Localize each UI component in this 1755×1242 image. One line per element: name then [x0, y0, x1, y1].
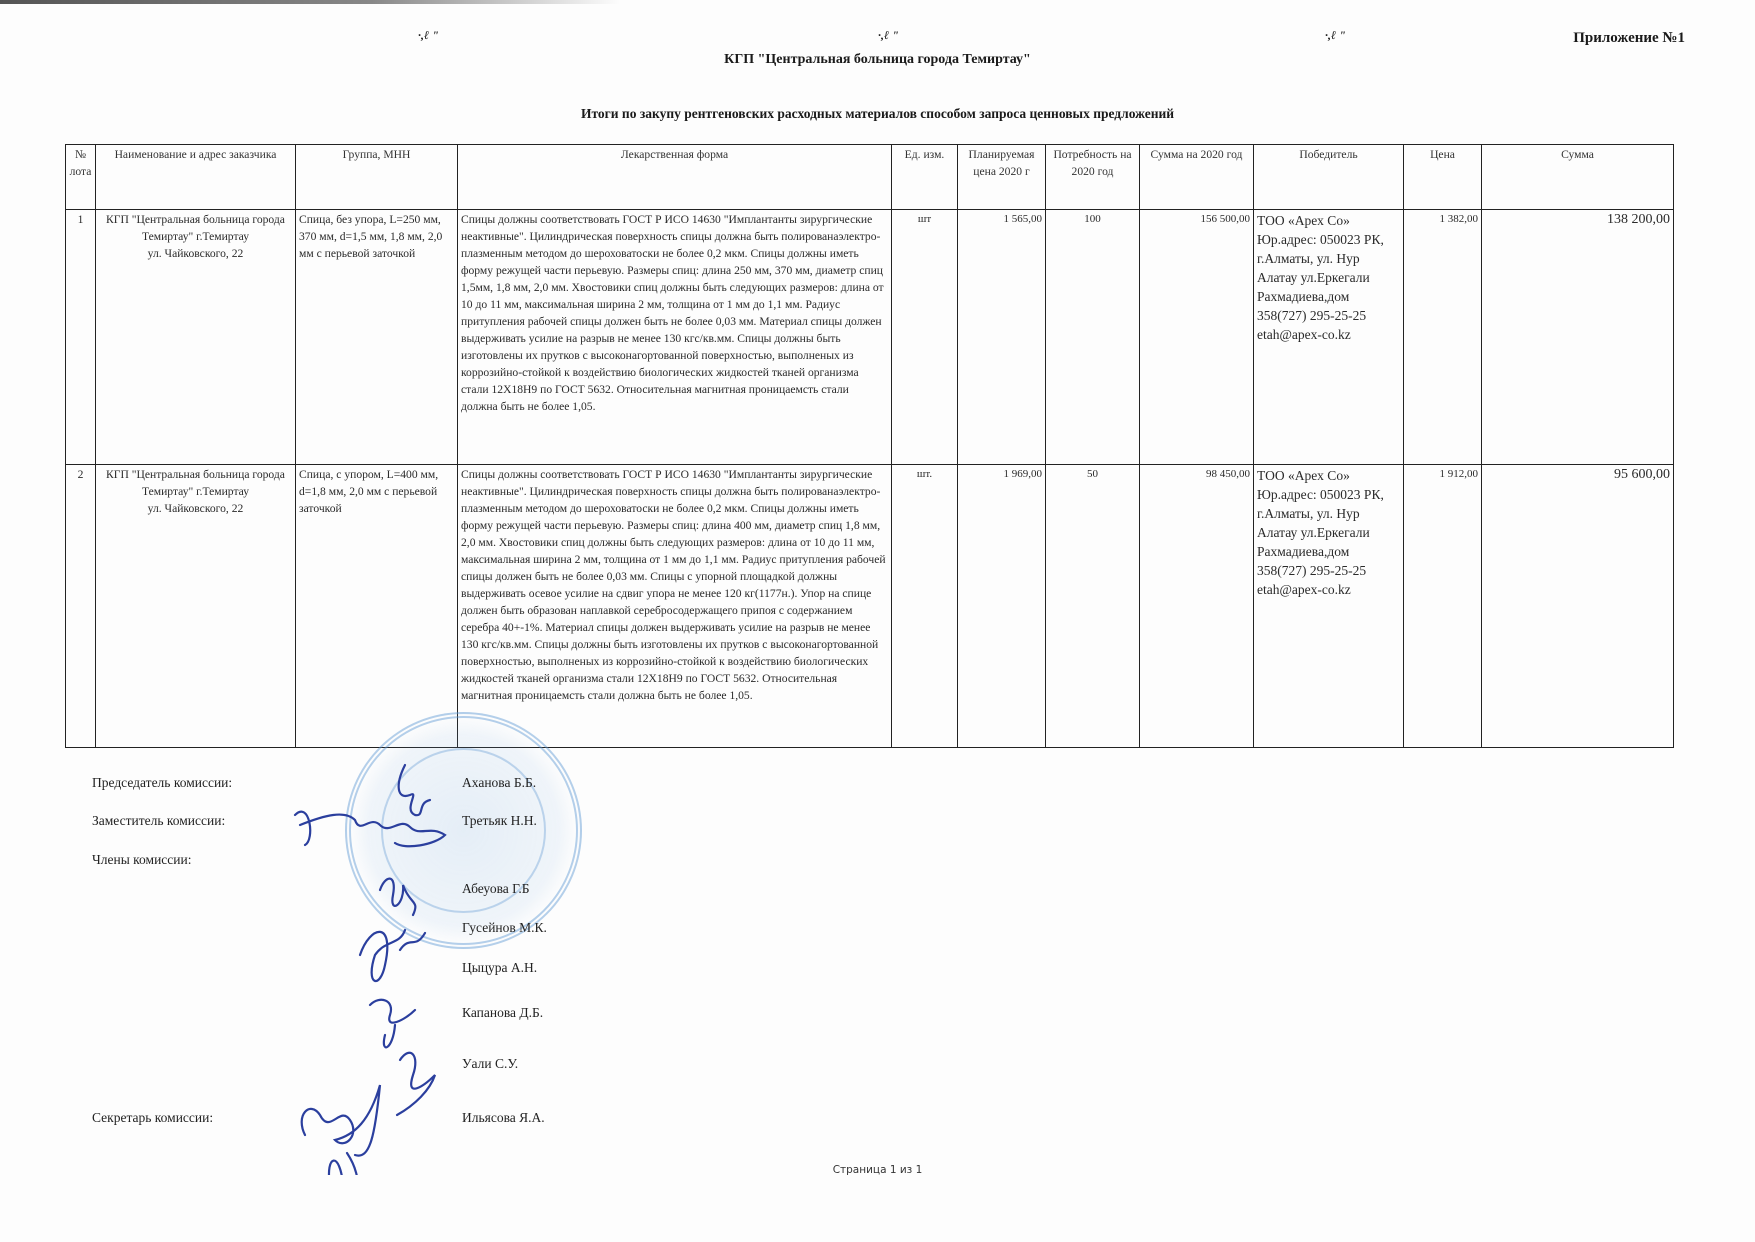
winner-phone: 358(727) 295-25-25	[1257, 561, 1400, 580]
table-row: 1 КГП "Центральная больница города Темир…	[66, 210, 1674, 465]
winner-cell: ТОО «Apex Co» Юр.адрес: 050023 РК, г.Алм…	[1254, 210, 1404, 465]
col-header-unit: Ед. изм.	[892, 145, 958, 210]
document-title: Итоги по закупу рентгеновских расходных …	[0, 106, 1755, 122]
group-cell: Спица, с упором, L=400 мм, d=1,8 мм, 2,0…	[296, 465, 458, 748]
lot-number: 2	[66, 465, 96, 748]
member-name: Абеуова Г.Б	[462, 881, 530, 897]
sum-cell: 95 600,00	[1482, 465, 1674, 748]
customer-street: ул. Чайковского, 22	[99, 245, 292, 262]
col-header-sum: Сумма	[1482, 145, 1674, 210]
member-name: Уали С.У.	[462, 1056, 518, 1072]
col-header-price: Цена	[1404, 145, 1482, 210]
col-header-lot: № лота	[66, 145, 96, 210]
winner-address: г.Алматы, ул. Нур	[1257, 504, 1400, 523]
price-cell: 1 912,00	[1404, 465, 1482, 748]
results-table: № лота Наименование и адрес заказчика Гр…	[65, 144, 1674, 748]
col-header-form: Лекарственная форма	[458, 145, 892, 210]
winner-address: Юр.адрес: 050023 РК,	[1257, 485, 1400, 504]
customer-city: Темиртау" г.Темиртау	[99, 483, 292, 500]
group-cell: Спица, без упора, L=250 мм, 370 мм, d=1,…	[296, 210, 458, 465]
col-header-planned-sum: Сумма на 2020 год	[1140, 145, 1254, 210]
table-row: 2 КГП "Центральная больница города Темир…	[66, 465, 1674, 748]
winner-cell: ТОО «Apex Co» Юр.адрес: 050023 РК, г.Алм…	[1254, 465, 1404, 748]
col-header-quantity: Потребность на 2020 год	[1046, 145, 1140, 210]
chairman-label: Председатель комиссии:	[92, 775, 232, 791]
col-header-winner: Победитель	[1254, 145, 1404, 210]
form-cell: Спицы должны соответствовать ГОСТ Р ИСО …	[458, 465, 892, 748]
scan-mark: ·,ℓ "	[878, 28, 899, 43]
organization-title: КГП "Центральная больница города Темирта…	[0, 52, 1755, 68]
planned-price-cell: 1 565,00	[958, 210, 1046, 465]
col-header-group: Группа, МНН	[296, 145, 458, 210]
secretary-label: Секретарь комиссии:	[92, 1110, 213, 1126]
form-cell: Спицы должны соответствовать ГОСТ Р ИСО …	[458, 210, 892, 465]
customer-cell: КГП "Центральная больница города Темирта…	[96, 210, 296, 465]
members-label: Члены комиссии:	[92, 852, 192, 868]
scan-edge-shadow	[0, 0, 620, 4]
chairman-name: Аханова Б.Б.	[462, 775, 536, 791]
winner-address: Рахмадиева,дом	[1257, 542, 1400, 561]
sum-cell: 138 200,00	[1482, 210, 1674, 465]
customer-cell: КГП "Центральная больница города Темирта…	[96, 465, 296, 748]
planned-sum-cell: 98 450,00	[1140, 465, 1254, 748]
scan-mark: ·,ℓ "	[1325, 28, 1346, 43]
quantity-cell: 50	[1046, 465, 1140, 748]
winner-company: ТОО «Apex Co»	[1257, 211, 1400, 230]
deputy-label: Заместитель комиссии:	[92, 813, 225, 829]
winner-address: Алатау ул.Еркегали	[1257, 268, 1400, 287]
winner-email: etah@apex-co.kz	[1257, 580, 1400, 599]
member-name: Гусейнов М.К.	[462, 920, 547, 936]
unit-cell: шт	[892, 210, 958, 465]
winner-address: Рахмадиева,дом	[1257, 287, 1400, 306]
customer-name: КГП "Центральная больница города	[99, 466, 292, 483]
price-cell: 1 382,00	[1404, 210, 1482, 465]
col-header-planned-price: Планируемая цена 2020 г	[958, 145, 1046, 210]
planned-price-cell: 1 969,00	[958, 465, 1046, 748]
customer-street: ул. Чайковского, 22	[99, 500, 292, 517]
lot-number: 1	[66, 210, 96, 465]
customer-city: Темиртау" г.Темиртау	[99, 228, 292, 245]
deputy-name: Третьяк Н.Н.	[462, 813, 537, 829]
winner-email: etah@apex-co.kz	[1257, 325, 1400, 344]
winner-company: ТОО «Apex Co»	[1257, 466, 1400, 485]
col-header-customer: Наименование и адрес заказчика	[96, 145, 296, 210]
winner-address: г.Алматы, ул. Нур	[1257, 249, 1400, 268]
member-name: Цыцура А.Н.	[462, 960, 537, 976]
page-number: Страница 1 из 1	[0, 1164, 1755, 1176]
secretary-name: Ильясова Я.А.	[462, 1110, 545, 1126]
winner-address: Юр.адрес: 050023 РК,	[1257, 230, 1400, 249]
winner-address: Алатау ул.Еркегали	[1257, 523, 1400, 542]
unit-cell: шт.	[892, 465, 958, 748]
signatures-ink	[285, 755, 485, 1175]
planned-sum-cell: 156 500,00	[1140, 210, 1254, 465]
member-name: Капанова Д.Б.	[462, 1005, 543, 1021]
appendix-label: Приложение №1	[1573, 30, 1685, 47]
quantity-cell: 100	[1046, 210, 1140, 465]
scan-mark: ·,ℓ "	[418, 28, 439, 43]
customer-name: КГП "Центральная больница города	[99, 211, 292, 228]
table-header-row: № лота Наименование и адрес заказчика Гр…	[66, 145, 1674, 210]
winner-phone: 358(727) 295-25-25	[1257, 306, 1400, 325]
